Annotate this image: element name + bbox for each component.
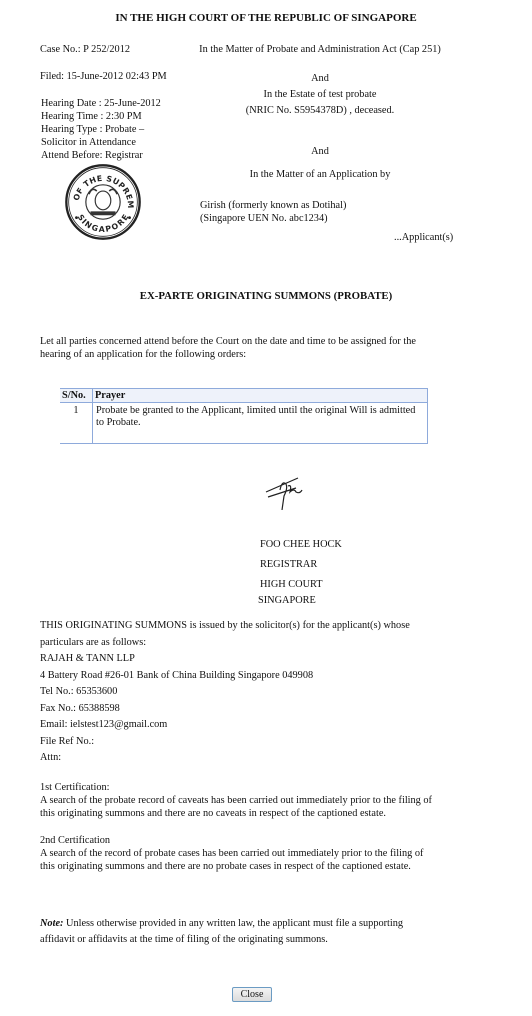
registrar-country: SINGAPORE xyxy=(258,591,342,611)
header-sno: S/No. xyxy=(60,389,93,403)
row-sno: 1 xyxy=(60,403,93,444)
applicant-label: ...Applicant(s) xyxy=(394,232,453,243)
solicitor-email: Email: ielstest123@gmail.com xyxy=(40,717,410,734)
case-number: Case No.: P 252/2012 xyxy=(40,44,130,55)
close-button[interactable]: Close xyxy=(232,987,272,1002)
hearing-info: Hearing Date : 25-June-2012 Hearing Time… xyxy=(41,97,161,162)
solicitor-file-ref: File Ref No.: xyxy=(40,734,410,751)
solicitor-fax: Fax No.: 65388598 xyxy=(40,701,410,718)
supreme-court-seal-icon: THE SEAL OF THE SUPREME COURT SINGAPORE xyxy=(64,163,142,241)
note-label: Note: xyxy=(40,918,63,929)
note-text: Unless otherwise provided in any written… xyxy=(40,918,403,945)
hearing-type-cont: Solicitor in Attendance xyxy=(41,136,161,149)
solicitor-intro-line2: particulars are as follows: xyxy=(40,635,410,652)
header-prayer: Prayer xyxy=(93,389,428,403)
signatory-block: FOO CHEE HOCK REGISTRAR HIGH COURT SINGA… xyxy=(260,535,342,611)
matter-application: In the Matter of an Application by xyxy=(180,169,460,180)
applicant-uen: (Singapore UEN No. abc1234) xyxy=(200,213,328,224)
matter-and-2: And xyxy=(180,146,460,157)
attend-before: Attend Before: Registrar xyxy=(41,149,161,162)
svg-text:THE SEAL OF THE SUPREME COURT: THE SEAL OF THE SUPREME COURT xyxy=(64,163,135,209)
certification-1: 1st Certification: A search of the proba… xyxy=(40,781,440,820)
matter-and-1: And xyxy=(180,73,460,84)
row-prayer: Probate be granted to the Applicant, lim… xyxy=(93,403,428,444)
certification-1-heading: 1st Certification: xyxy=(40,781,440,794)
matter-nric: (NRIC No. S5954378D) , deceased. xyxy=(180,105,460,116)
table-row: 1 Probate be granted to the Applicant, l… xyxy=(60,403,428,444)
court-title: IN THE HIGH COURT OF THE REPUBLIC OF SIN… xyxy=(0,12,532,24)
solicitor-intro-line1: THIS ORIGINATING SUMMONS is issued by th… xyxy=(40,618,410,635)
summons-title: EX-PARTE ORIGINATING SUMMONS (PROBATE) xyxy=(0,290,532,302)
prayer-table-header: S/No. Prayer xyxy=(60,389,428,403)
certification-2-text: A search of the record of probate cases … xyxy=(40,847,440,873)
filed-date: Filed: 15-June-2012 02:43 PM xyxy=(40,71,167,82)
solicitor-address: 4 Battery Road #26-01 Bank of China Buil… xyxy=(40,668,410,685)
note-paragraph: Note: Unless otherwise provided in any w… xyxy=(40,916,440,948)
certification-2-heading: 2nd Certification xyxy=(40,834,440,847)
registrar-title: REGISTRAR xyxy=(260,555,342,575)
registrar-signature-icon xyxy=(262,470,332,510)
registrar-name: FOO CHEE HOCK xyxy=(260,535,342,555)
solicitor-tel: Tel No.: 65353600 xyxy=(40,684,410,701)
solicitor-firm: RAJAH & TANN LLP xyxy=(40,651,410,668)
hearing-date: Hearing Date : 25-June-2012 xyxy=(41,97,161,110)
certification-1-text: A search of the probate record of caveat… xyxy=(40,794,440,820)
matter-act: In the Matter of Probate and Administrat… xyxy=(150,44,490,55)
matter-estate: In the Estate of test probate xyxy=(180,89,460,100)
solicitor-block: THIS ORIGINATING SUMMONS is issued by th… xyxy=(40,618,410,767)
solicitor-attn: Attn: xyxy=(40,750,410,767)
applicant-name: Girish (formerly known as Dotihal) xyxy=(200,200,346,211)
intro-paragraph: Let all parties concerned attend before … xyxy=(40,335,430,361)
prayer-table: S/No. Prayer 1 Probate be granted to the… xyxy=(60,388,428,444)
certification-2: 2nd Certification A search of the record… xyxy=(40,834,440,873)
hearing-time: Hearing Time : 2:30 PM xyxy=(41,110,161,123)
hearing-type: Hearing Type : Probate – xyxy=(41,123,161,136)
